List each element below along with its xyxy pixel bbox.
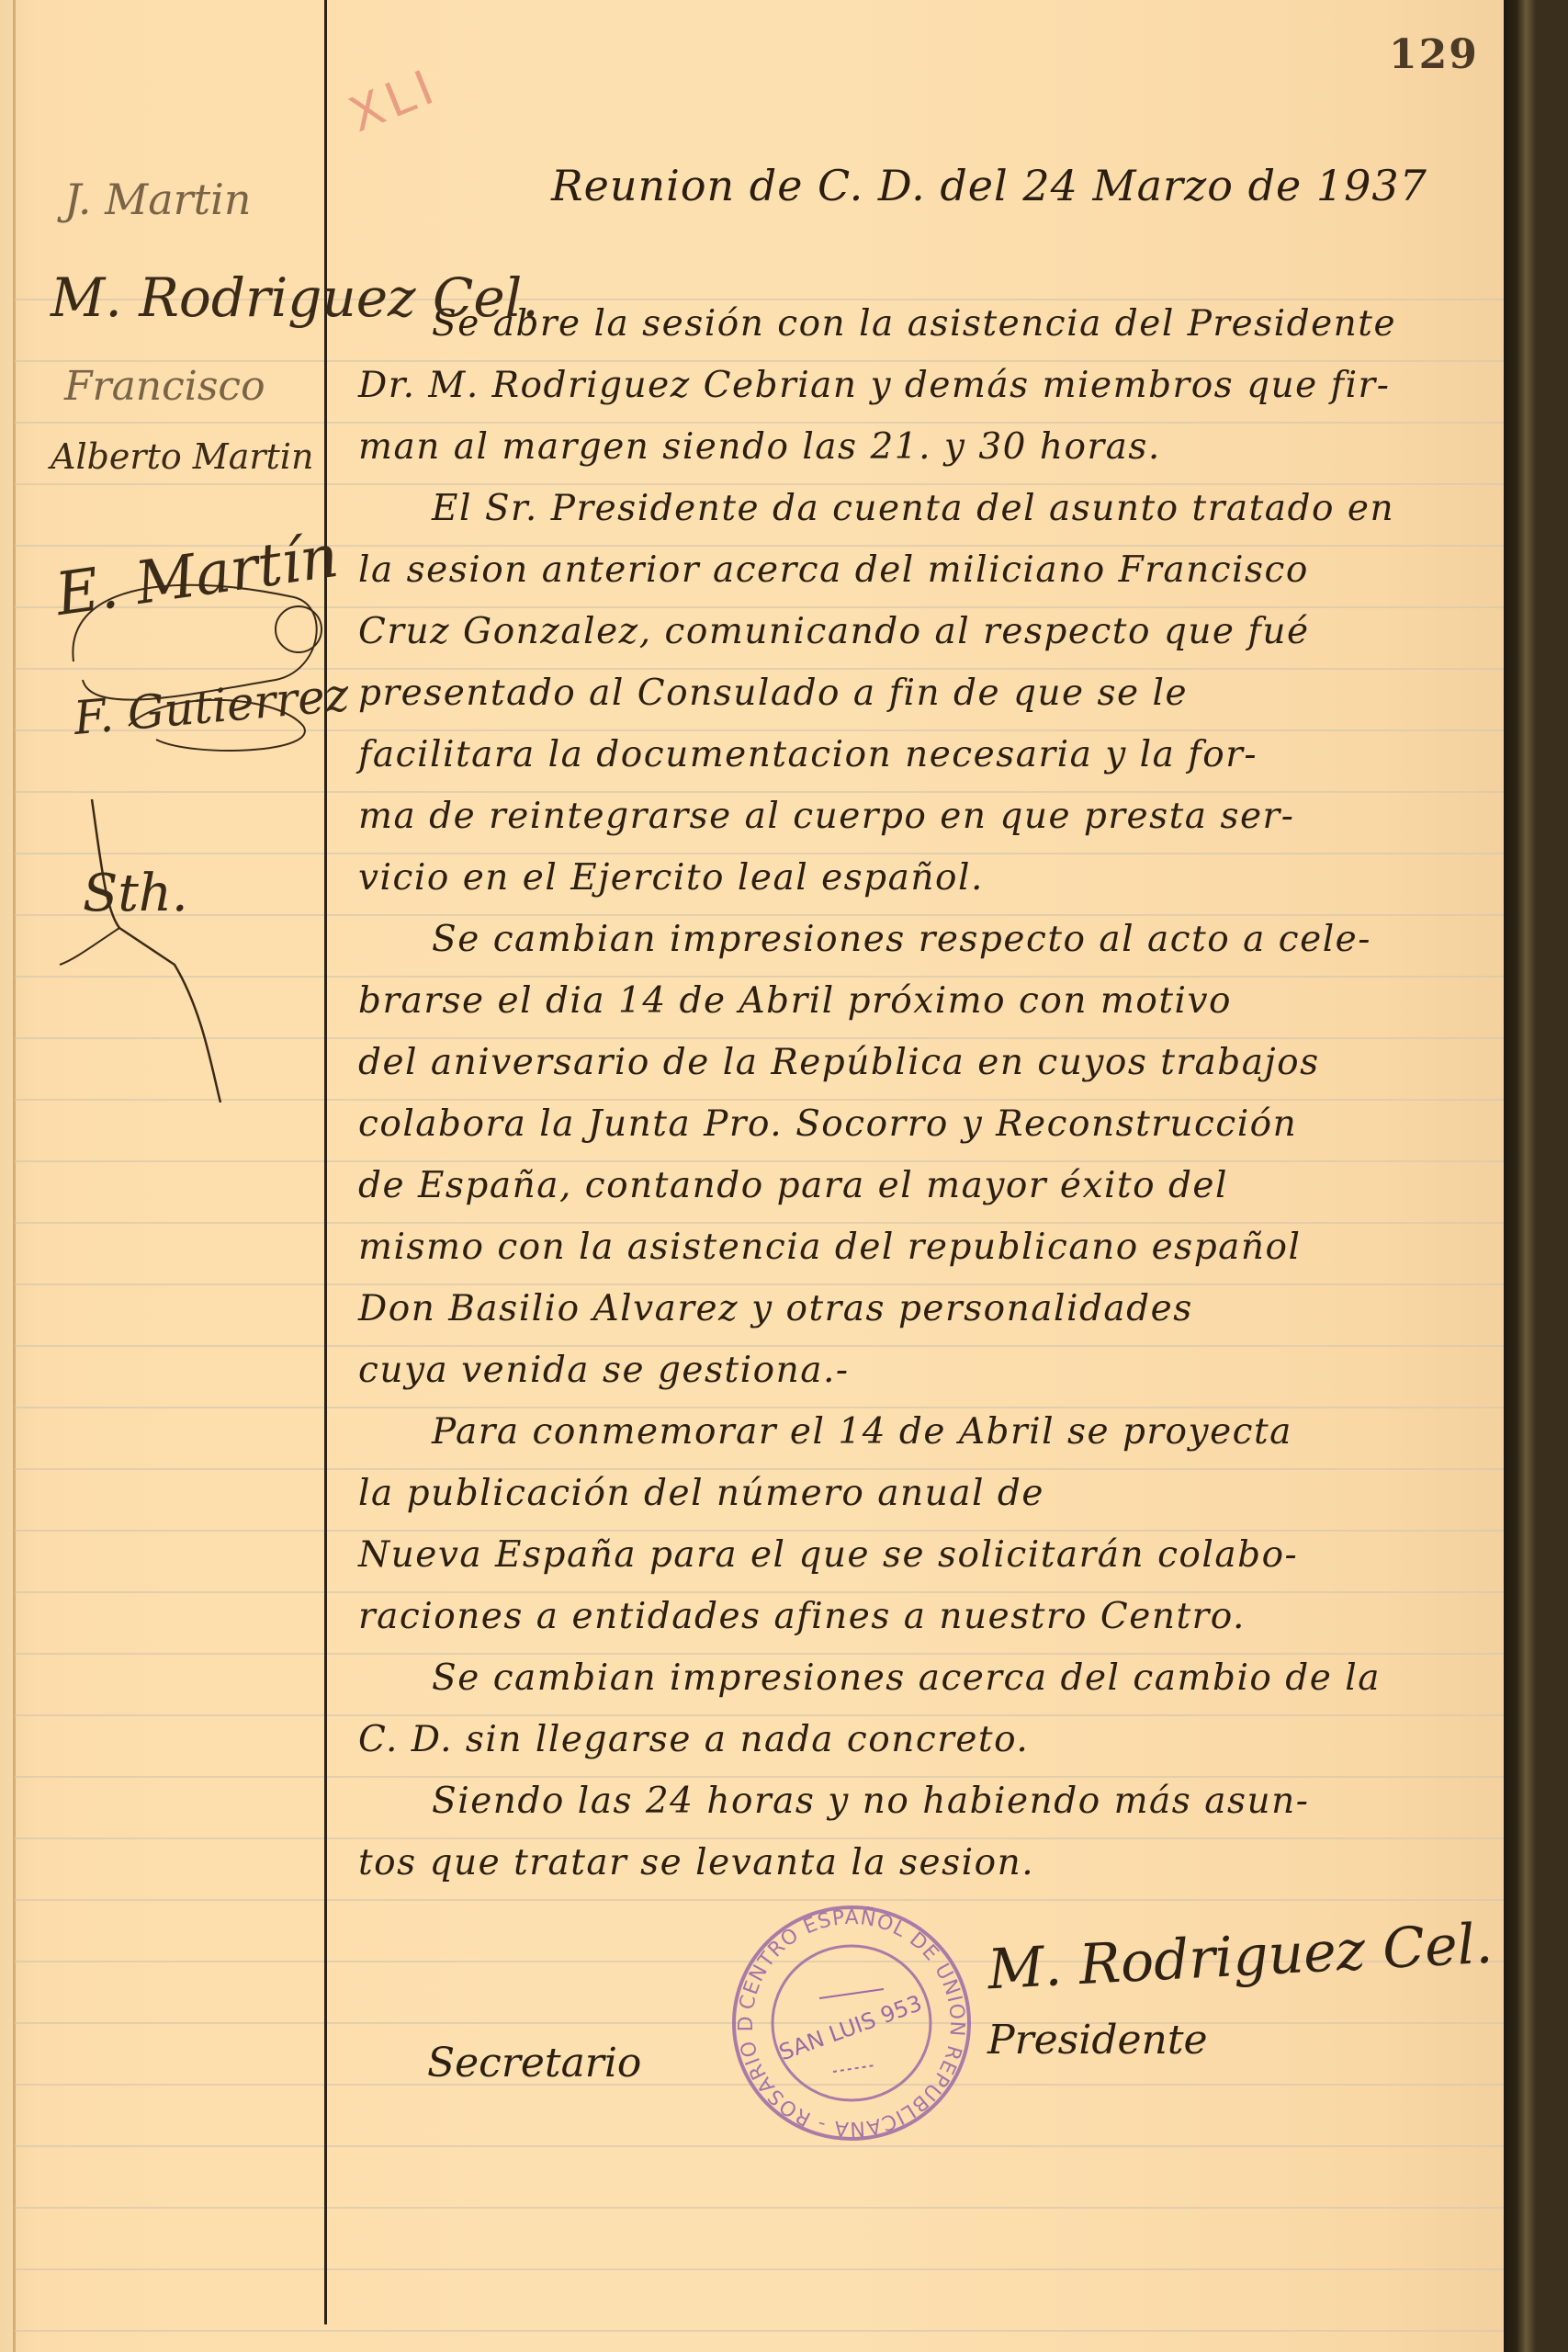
ruled-line xyxy=(15,1837,1530,1839)
text-line: de España, contando para el mayor éxito … xyxy=(358,1165,1525,1206)
ruled-line xyxy=(15,1468,1530,1470)
text-line: mismo con la asistencia del republicano … xyxy=(358,1227,1525,1268)
ruled-line xyxy=(15,2207,1530,2209)
ruled-line xyxy=(15,791,1530,793)
ruled-line xyxy=(15,483,1530,485)
text-line: Para conmemorar el 14 de Abril se proyec… xyxy=(432,1411,1536,1453)
text-line: vicio en el Ejercito leal español. xyxy=(358,857,1525,899)
text-line: Se cambian impresiones respecto al acto … xyxy=(432,919,1536,960)
ruled-line xyxy=(15,976,1530,978)
signature-francisco: Francisco xyxy=(64,363,265,410)
ruled-line xyxy=(15,1283,1530,1285)
text-line: Don Basilio Alvarez y otras personalidad… xyxy=(358,1288,1525,1329)
text-line: tos que tratar se levanta la sesion. xyxy=(358,1842,1525,1883)
text-line: El Sr. Presidente da cuenta del asunto t… xyxy=(432,488,1536,529)
ruled-line xyxy=(15,2145,1530,2147)
signature-flourish-icon xyxy=(55,533,331,753)
signature-stroke-icon xyxy=(55,790,239,1102)
ruled-line xyxy=(15,1160,1530,1162)
ruled-line xyxy=(15,1222,1530,1224)
president-signature: M. Rodriguez Cel. xyxy=(987,1912,1495,2003)
book-binding xyxy=(1504,0,1536,2352)
ruled-line xyxy=(15,1653,1530,1655)
text-line: Se abre la sesión con la asistencia del … xyxy=(432,303,1536,345)
text-line: facilitara la documentacion necesaria y … xyxy=(358,734,1525,775)
ruled-line xyxy=(15,853,1530,854)
text-line: Cruz Gonzalez, comunicando al respecto q… xyxy=(358,611,1525,652)
ruled-line xyxy=(15,1591,1530,1593)
ruled-line xyxy=(15,1714,1530,1716)
svg-text:SAN LUIS 953: SAN LUIS 953 xyxy=(776,1990,926,2065)
signature-alberto-martin: Alberto Martin xyxy=(51,436,313,477)
association-stamp-icon: CENTRO ESPAÑOL DE UNION REPUBLICANA - RO… xyxy=(728,1902,976,2145)
page-edge xyxy=(13,0,16,2352)
ruled-line xyxy=(15,422,1530,424)
text-line: Siendo las 24 horas y no habiendo más as… xyxy=(432,1781,1536,1822)
text-line: man al margen siendo las 21. y 30 horas. xyxy=(358,426,1525,468)
text-line: colabora la Junta Pro. Socorro y Reconst… xyxy=(358,1103,1525,1145)
text-line: Dr. M. Rodriguez Cebrian y demás miembro… xyxy=(358,365,1525,406)
text-line: del aniversario de la República en cuyos… xyxy=(358,1042,1525,1083)
page-number: 129 xyxy=(1389,31,1479,78)
meeting-heading: Reunion de C. D. del 24 Marzo de 1937 xyxy=(551,161,1427,210)
ruled-line xyxy=(15,1407,1530,1408)
signature-j-martin: J. Martin xyxy=(64,175,251,224)
ruled-line xyxy=(15,2268,1530,2270)
signature-rodriguez: M. Rodriguez Cel. xyxy=(51,266,539,329)
secretary-label: Secretario xyxy=(427,2040,641,2086)
text-line: cuya venida se gestiona.- xyxy=(358,1350,1525,1391)
text-line: la publicación del número anual de xyxy=(358,1473,1525,1514)
red-pencil-marking: XLI xyxy=(342,59,446,143)
president-label: Presidente xyxy=(987,2017,1208,2064)
ruled-line xyxy=(15,1037,1530,1039)
ruled-line xyxy=(15,2330,1530,2332)
text-line: Nueva España para el que se solicitarán … xyxy=(358,1534,1525,1576)
ledger-page: 129 XLI Reunion de C. D. del 24 Marzo de… xyxy=(0,0,1536,2352)
text-line: presentado al Consulado a fin de que se … xyxy=(358,673,1525,714)
ruled-line xyxy=(15,1776,1530,1778)
ruled-line xyxy=(15,914,1530,916)
text-line: brarse el dia 14 de Abril próximo con mo… xyxy=(358,980,1525,1022)
ruled-line xyxy=(15,1099,1530,1101)
margin-rule xyxy=(324,0,327,2324)
text-line: ma de reintegrarse al cuerpo en que pres… xyxy=(358,796,1525,837)
text-line: C. D. sin llegarse a nada concreto. xyxy=(358,1719,1525,1760)
ruled-line xyxy=(15,360,1530,362)
text-line: raciones a entidades afines a nuestro Ce… xyxy=(358,1596,1525,1637)
text-line: la sesion anterior acerca del miliciano … xyxy=(358,549,1525,591)
ruled-line xyxy=(15,1899,1530,1901)
ruled-line xyxy=(15,1345,1530,1347)
text-line: Se cambian impresiones acerca del cambio… xyxy=(432,1657,1536,1699)
ruled-line xyxy=(15,1530,1530,1532)
